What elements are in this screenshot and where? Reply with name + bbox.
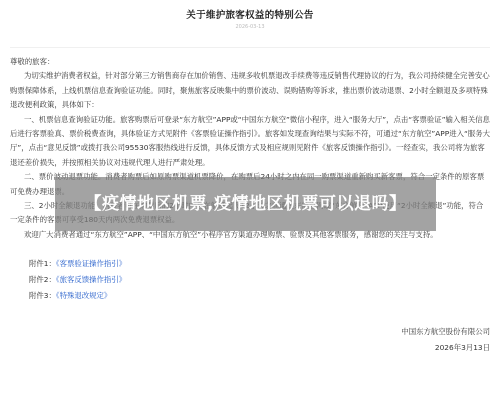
announcement-header: 关于维护旅客权益的特别公告 2026-03-13 <box>0 0 500 32</box>
headline-overlay-banner: 【疫情地区机票,疫情地区机票可以退吗】 <box>55 177 436 231</box>
header-divider <box>10 47 490 48</box>
intro-paragraph: 为切实维护消费者权益，针对部分第三方销售商存在加价销售、违规多收机票退改手续费等… <box>10 69 490 112</box>
greeting: 尊敬的旅客： <box>10 55 490 69</box>
page-title: 关于维护旅客权益的特别公告 <box>0 9 500 23</box>
signature-block: 中国东方航空股份有限公司 2026年3月13日 <box>10 324 490 356</box>
attachment-link-1[interactable]: 《客票验证操作指引》 <box>56 259 126 268</box>
attachment-list: 附件1：《客票验证操作指引》 附件2：《旅客反馈操作指引》 附件3：《特殊退改规… <box>10 256 490 304</box>
signature-date: 2026年3月13日 <box>10 340 490 356</box>
attachment-item: 附件2：《旅客反馈操作指引》 <box>29 272 490 288</box>
attachment-item: 附件3：《特殊退改规定》 <box>29 288 490 304</box>
item-1-paragraph: 一、机票信息查询验证功能。旅客购票后可登录“东方航空”APP或“中国东方航空”微… <box>10 113 490 171</box>
attachment-item: 附件1：《客票验证操作指引》 <box>29 256 490 272</box>
attachment-label: 附件3： <box>29 291 56 300</box>
attachment-label: 附件2： <box>29 275 56 284</box>
publish-date: 2026-03-13 <box>0 23 500 32</box>
overlay-headline: 【疫情地区机票,疫情地区机票可以退吗】 <box>77 193 415 215</box>
signature-company: 中国东方航空股份有限公司 <box>10 324 490 340</box>
attachment-label: 附件1： <box>29 259 56 268</box>
attachment-link-3[interactable]: 《特殊退改规定》 <box>56 291 111 300</box>
spacer <box>10 242 490 256</box>
attachment-link-2[interactable]: 《旅客反馈操作指引》 <box>56 275 126 284</box>
